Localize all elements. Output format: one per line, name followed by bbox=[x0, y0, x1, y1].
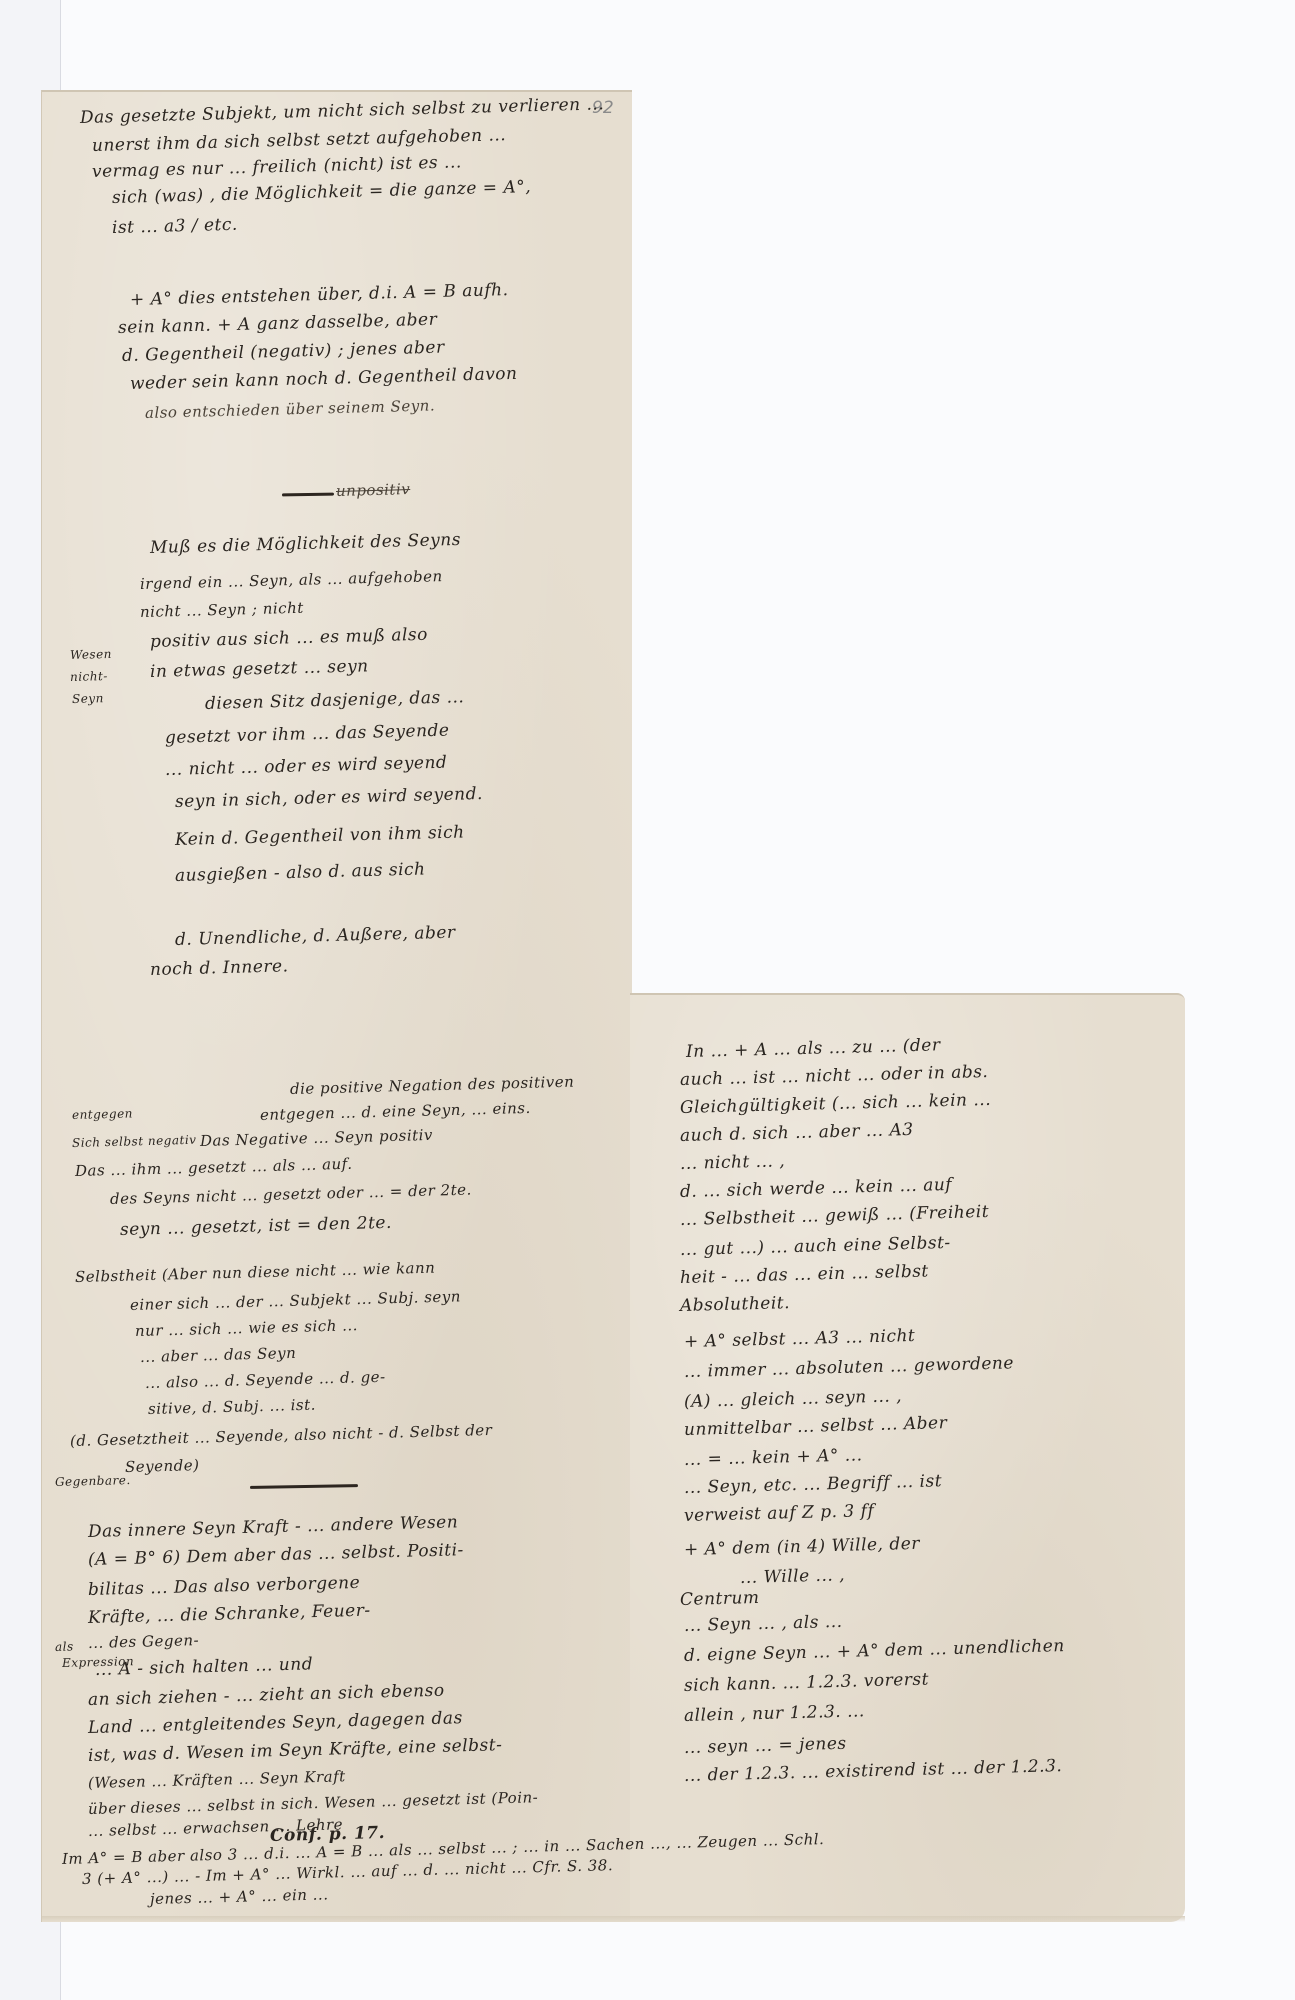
handwritten-line: ... Wille ... , bbox=[740, 1565, 846, 1588]
handwritten-line: ... nicht ... , bbox=[680, 1151, 786, 1174]
margin-note: Expression bbox=[62, 1654, 134, 1670]
paper-torn-bottom-edge bbox=[42, 1916, 1185, 1922]
margin-note: Seyn bbox=[72, 691, 104, 706]
handwritten-line: Seyende) bbox=[125, 1456, 200, 1476]
handwritten-line: ... des Gegen- bbox=[88, 1631, 200, 1652]
margin-note: Gegenbare. bbox=[55, 1473, 131, 1489]
handwritten-line: noch d. Innere. bbox=[150, 956, 289, 980]
margin-note: entgegen bbox=[72, 1106, 133, 1122]
handwritten-line: ... Seyn ... , als ... bbox=[684, 1612, 843, 1636]
handwritten-line: ... seyn ... = jenes bbox=[684, 1734, 847, 1758]
handwritten-line: Absolutheit. bbox=[680, 1293, 791, 1316]
struck-heading: unpositiv bbox=[336, 480, 411, 500]
margin-note: nicht- bbox=[70, 669, 108, 684]
handwritten-line: Centrum bbox=[680, 1588, 760, 1610]
margin-note: Wesen bbox=[70, 647, 112, 662]
margin-note: als bbox=[55, 1640, 74, 1654]
handwritten-line: ist ... a3 / etc. bbox=[112, 215, 238, 238]
